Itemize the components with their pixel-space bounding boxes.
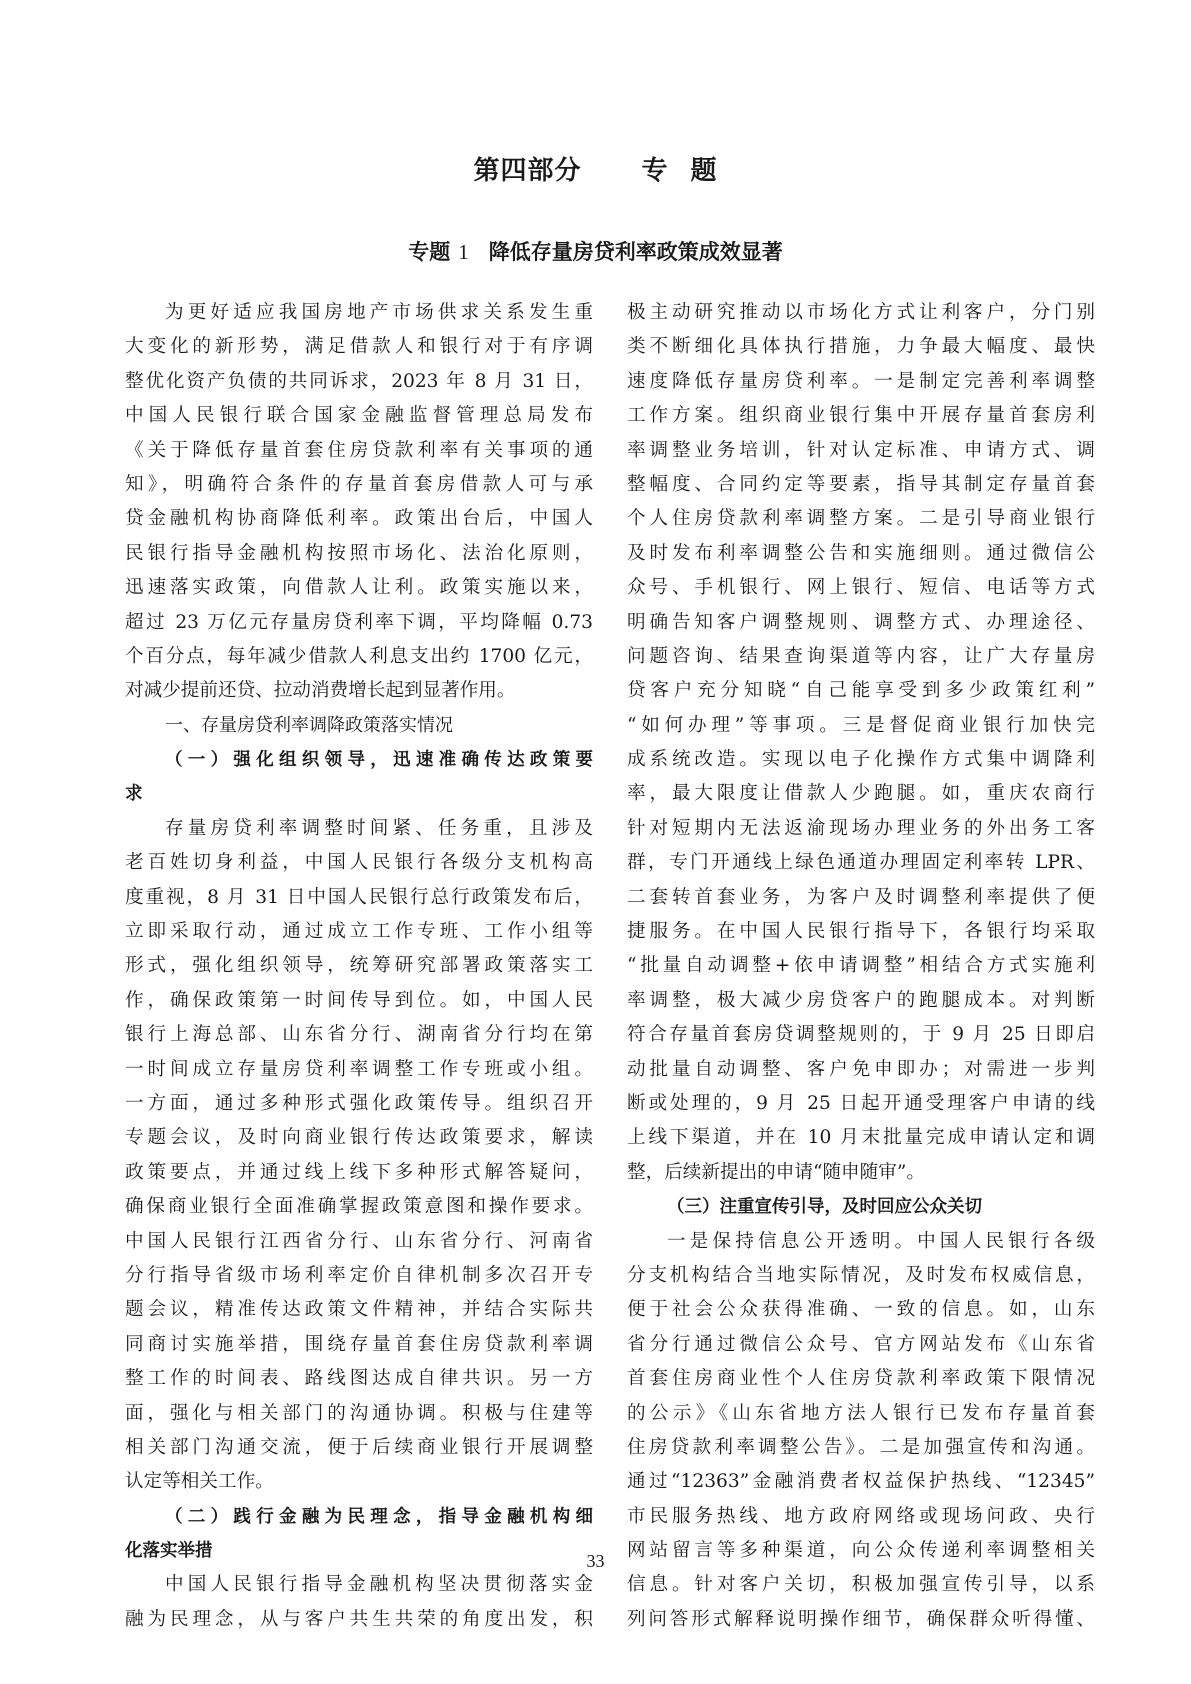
paragraph-line: 贷金融机构协商降低利率。政策出台后，中国人 bbox=[125, 502, 593, 536]
paragraph-line: 符合存量首套房贷调整规则的，于 9 月 25 日即启 bbox=[627, 1018, 1095, 1052]
paragraph-line: 迅速落实政策，向借款人让利。政策实施以来， bbox=[125, 571, 593, 605]
paragraph-line: 列问答形式解释说明操作细节，确保群众听得懂、 bbox=[627, 1603, 1095, 1637]
paragraph-line: 形式，强化组织领导，统筹研究部署政策落实工 bbox=[125, 949, 593, 983]
section-heading-line: （一）强化组织领导，迅速准确传达政策要 bbox=[125, 743, 593, 777]
paragraph-line: 中国人民银行江西省分行、山东省分行、河南省 bbox=[125, 1225, 593, 1259]
paragraph-line: 《关于降低存量首套住房贷款利率有关事项的通 bbox=[125, 434, 593, 468]
paragraph-line: 分行指导省级市场利率定价自律机制多次召开专 bbox=[125, 1259, 593, 1293]
paragraph-line: 捷服务。在中国人民银行指导下，各银行均采取 bbox=[627, 915, 1095, 949]
paragraph-line: 大变化的新形势，满足借款人和银行对于有序调 bbox=[125, 330, 593, 364]
paragraph-line: 认定等相关工作。 bbox=[125, 1465, 593, 1499]
paragraph-line: 群，专门开通线上绿色通道办理固定利率转 LPR、 bbox=[627, 846, 1095, 880]
paragraph-line: “如何办理”等事项。三是督促商业银行加快完 bbox=[627, 709, 1095, 743]
paragraph-line: 确保商业银行全面准确掌握政策意图和操作要求。 bbox=[125, 1190, 593, 1224]
section-heading-line: （三）注重宣传引导，及时回应公众关切 bbox=[627, 1190, 1095, 1224]
paragraph-line: 信息。针对客户关切，积极加强宣传引导，以系 bbox=[627, 1568, 1095, 1602]
paragraph-line: 老百姓切身利益，中国人民银行各级分支机构高 bbox=[125, 846, 593, 880]
paragraph-line: 个百分点，每年减少借款人利息支出约 1700 亿元， bbox=[125, 640, 593, 674]
paragraph-line: 速度降低存量房贷利率。一是制定完善利率调整 bbox=[627, 365, 1095, 399]
topic-number: 1 bbox=[458, 240, 469, 264]
paragraph-line: 类不断细化具体执行措施，力争最大幅度、最快 bbox=[627, 330, 1095, 364]
paragraph-line: 的公示》《山东省地方法人银行已发布存量首套 bbox=[627, 1397, 1095, 1431]
paragraph-line: 整幅度、合同约定等要素，指导其制定存量首套 bbox=[627, 468, 1095, 502]
paragraph-line: 存量房贷利率调整时间紧、任务重，且涉及 bbox=[125, 812, 593, 846]
paragraph-line: 断或处理的，9 月 25 日起开通受理客户申请的线 bbox=[627, 1087, 1095, 1121]
paragraph-line: 省分行通过微信公众号、官方网站发布《山东省 bbox=[627, 1328, 1095, 1362]
paragraph-line: 便于社会公众获得准确、一致的信息。如，山东 bbox=[627, 1293, 1095, 1327]
paragraph-line: 率调整业务培训，针对认定标准、申请方式、调 bbox=[627, 434, 1095, 468]
paragraph-line: 立即采取行动，通过成立工作专班、工作小组等 bbox=[125, 915, 593, 949]
paragraph-line: 作，确保政策第一时间传导到位。如，中国人民 bbox=[125, 984, 593, 1018]
paragraph-line: 中国人民银行联合国家金融监督管理总局发布 bbox=[125, 399, 593, 433]
paragraph-line: 超过 23 万亿元存量房贷利率下调，平均降幅 0.73 bbox=[125, 606, 593, 640]
paragraph-line: 上线下渠道，并在 10 月末批量完成申请认定和调 bbox=[627, 1121, 1095, 1155]
part-title: 第四部分专题 bbox=[0, 150, 1191, 187]
paragraph-line: 住房贷款利率调整公告》。二是加强宣传和沟通。 bbox=[627, 1431, 1095, 1465]
paragraph-line: 银行上海总部、山东省分行、湖南省分行均在第 bbox=[125, 1018, 593, 1052]
paragraph-line: 对减少提前还贷、拉动消费增长起到显著作用。 bbox=[125, 674, 593, 708]
paragraph-line: 为更好适应我国房地产市场供求关系发生重 bbox=[125, 296, 593, 330]
paragraph-line: 市民服务热线、地方政府网络或现场问政、央行 bbox=[627, 1500, 1095, 1534]
paragraph-line: 分支机构结合当地实际情况，及时发布权威信息， bbox=[627, 1259, 1095, 1293]
paragraph-line: 针对短期内无法返渝现场办理业务的外出务工客 bbox=[627, 812, 1095, 846]
paragraph-line: “批量自动调整+依申请调整”相结合方式实施利 bbox=[627, 949, 1095, 983]
paragraph-line: 整优化资产负债的共同诉求，2023 年 8 月 31 日， bbox=[125, 365, 593, 399]
paragraph-line: 一方面，通过多种形式强化政策传导。组织召开 bbox=[125, 1087, 593, 1121]
paragraph-line: 动批量自动调整、客户免申即办；对需进一步判 bbox=[627, 1053, 1095, 1087]
paragraph-line: 中国人民银行指导金融机构坚决贯彻落实金 bbox=[125, 1568, 593, 1602]
paragraph-line: 明确告知客户调整规则、调整方式、办理途径、 bbox=[627, 606, 1095, 640]
part-label-b: 题 bbox=[691, 156, 718, 186]
paragraph-line: 度重视，8 月 31 日中国人民银行总行政策发布后， bbox=[125, 881, 593, 915]
paragraph-line: 问题咨询、结果查询渠道等内容，让广大存量房 bbox=[627, 640, 1095, 674]
topic-title: 专题1降低存量房贷利率政策成效显著 bbox=[0, 236, 1191, 266]
paragraph-line: 一时间成立存量房贷利率调整工作专班或小组。 bbox=[125, 1053, 593, 1087]
paragraph-line: 个人住房贷款利率调整方案。二是引导商业银行 bbox=[627, 502, 1095, 536]
paragraph-line: 融为民理念，从与客户共生共荣的角度出发，积 bbox=[125, 1603, 593, 1637]
paragraph-line: 知》，明确符合条件的存量首套房借款人可与承 bbox=[125, 468, 593, 502]
part-label: 第四部分 bbox=[473, 156, 581, 186]
paragraph-line: 极主动研究推动以市场化方式让利客户，分门别 bbox=[627, 296, 1095, 330]
paragraph-line: 通过“12363”金融消费者权益保护热线、“12345” bbox=[627, 1465, 1095, 1499]
topic-prefix: 专题 bbox=[408, 240, 450, 264]
paragraph-line: 民银行指导金融机构按照市场化、法治化原则， bbox=[125, 537, 593, 571]
paragraph-line: 相关部门沟通交流，便于后续商业银行开展调整 bbox=[125, 1431, 593, 1465]
topic-heading: 降低存量房贷利率政策成效显著 bbox=[489, 240, 783, 264]
section-heading-line: 求 bbox=[125, 777, 593, 811]
right-column: 极主动研究推动以市场化方式让利客户，分门别类不断细化具体执行措施，力争最大幅度、… bbox=[627, 296, 1095, 1637]
paragraph-line: 同商讨实施举措，围绕存量首套住房贷款利率调 bbox=[125, 1328, 593, 1362]
paragraph-line: 题会议，精准传达政策文件精神，并结合实际共 bbox=[125, 1293, 593, 1327]
paragraph-line: 率，最大限度让借款人少跑腿。如，重庆农商行 bbox=[627, 777, 1095, 811]
paragraph-line: 面，强化与相关部门的沟通协调。积极与住建等 bbox=[125, 1397, 593, 1431]
paragraph-line: 政策要点，并通过线上线下多种形式解答疑问， bbox=[125, 1156, 593, 1190]
section-heading-line: 一、存量房贷利率调降政策落实情况 bbox=[125, 709, 593, 743]
paragraph-line: 整工作的时间表、路线图达成自律共识。另一方 bbox=[125, 1362, 593, 1396]
paragraph-line: 二套转首套业务，为客户及时调整利率提供了便 bbox=[627, 881, 1095, 915]
page-number: 33 bbox=[0, 1551, 1191, 1572]
paragraph-line: 整，后续新提出的申请“随申随审”。 bbox=[627, 1156, 1095, 1190]
paragraph-line: 率调整，极大减少房贷客户的跑腿成本。对判断 bbox=[627, 984, 1095, 1018]
part-label-a: 专 bbox=[641, 156, 668, 186]
paragraph-line: 及时发布利率调整公告和实施细则。通过微信公 bbox=[627, 537, 1095, 571]
section-heading-line: （二）践行金融为民理念，指导金融机构细 bbox=[125, 1500, 593, 1534]
paragraph-line: 首套住房商业性个人住房贷款利率政策下限情况 bbox=[627, 1362, 1095, 1396]
paragraph-line: 工作方案。组织商业银行集中开展存量首套房利 bbox=[627, 399, 1095, 433]
left-column: 为更好适应我国房地产市场供求关系发生重大变化的新形势，满足借款人和银行对于有序调… bbox=[125, 296, 593, 1637]
paragraph-line: 贷客户充分知晓“自己能享受到多少政策红利” bbox=[627, 674, 1095, 708]
paragraph-line: 一是保持信息公开透明。中国人民银行各级 bbox=[627, 1225, 1095, 1259]
paragraph-line: 专题会议，及时向商业银行传达政策要求，解读 bbox=[125, 1121, 593, 1155]
paragraph-line: 众号、手机银行、网上银行、短信、电话等方式 bbox=[627, 571, 1095, 605]
paragraph-line: 成系统改造。实现以电子化操作方式集中调降利 bbox=[627, 743, 1095, 777]
